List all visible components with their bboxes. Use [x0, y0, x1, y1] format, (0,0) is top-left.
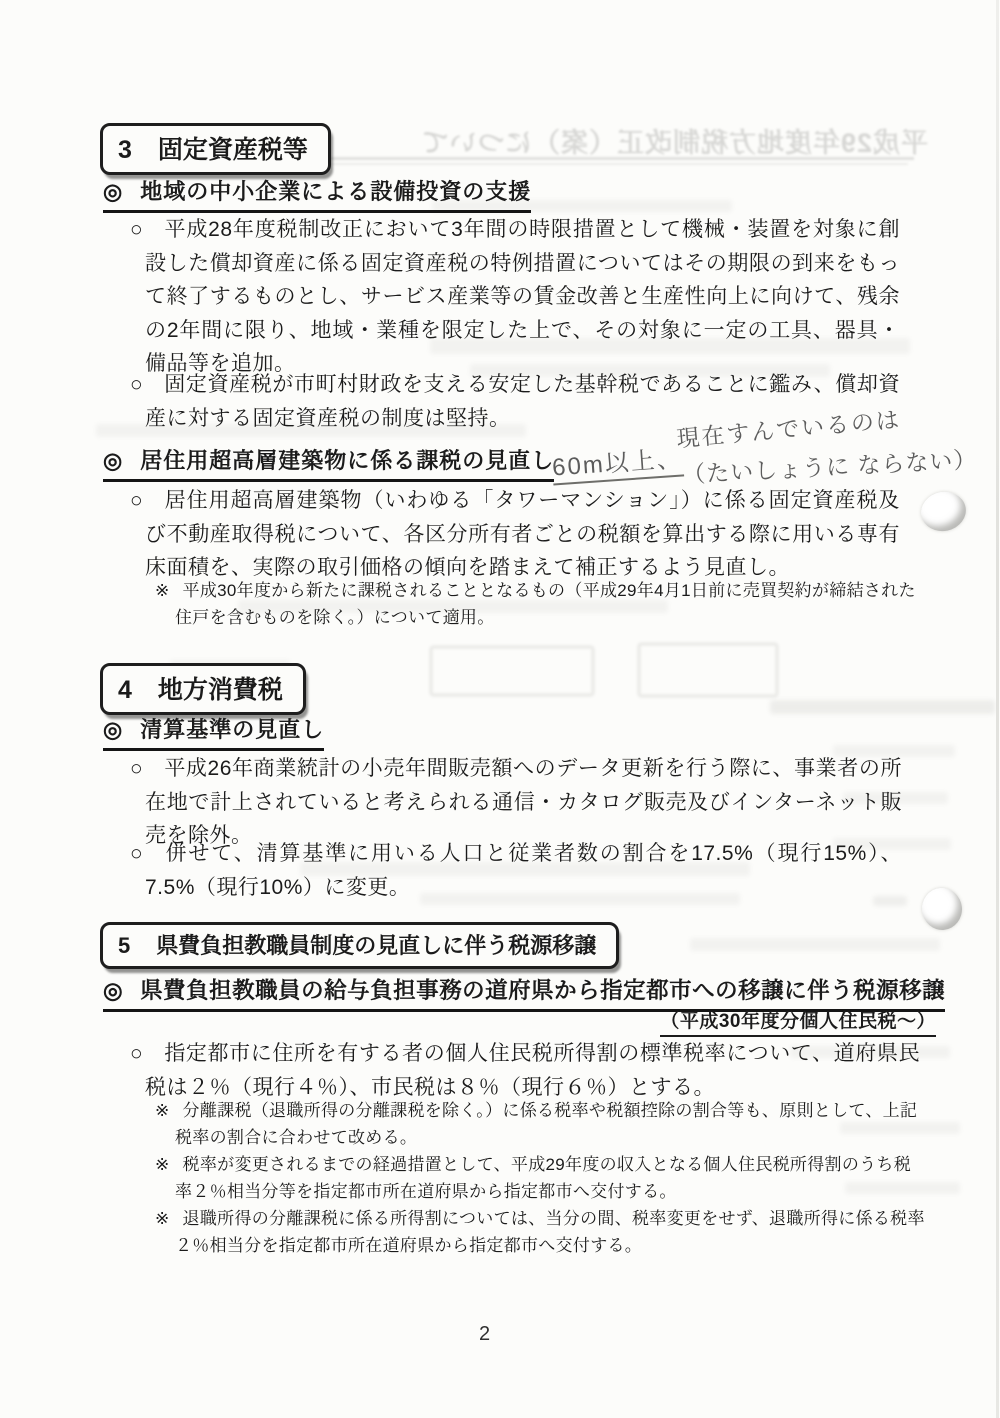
- item-text: 指定都市に住所を有する者の個人住民税所得割の標準税率について、道府県民税は２％（…: [145, 1042, 920, 1099]
- subsection-heading-text: 県費負担教職員の給与負担事務の道府県から指定都市への移譲に伴う税源移譲: [140, 978, 945, 1003]
- section-title: 固定資産税等: [158, 136, 308, 164]
- note: ※平成30年度から新たに課税されることとなるもの（平成29年4月1日前に売買契約…: [155, 577, 927, 631]
- item-marker: ○: [130, 373, 143, 396]
- note-text: 税率が変更されるまでの経過措置として、平成29年度の収入となる個人住民税所得割の…: [175, 1155, 911, 1201]
- section-number: 5: [118, 933, 130, 958]
- scan-smear: [873, 896, 907, 906]
- section-title: 県費負担教職員制度の見直しに伴う税源移譲: [156, 933, 596, 958]
- item-marker: ○: [130, 218, 144, 241]
- double-circle-marker: ◎: [103, 717, 123, 742]
- section-number: 3: [118, 136, 132, 164]
- subsection-heading-text: 清算基準の見直し: [140, 717, 324, 742]
- subsection-heading: ◎清算基準の見直し: [103, 713, 324, 751]
- handwritten-annotation: 60m以上、: [551, 438, 684, 485]
- bullet-item: ○併せて、清算基準に用いる人口と従業者数の割合を17.5%（現行15%）、7.5…: [130, 837, 902, 904]
- applies-from-label: （平成30年度分個人住民税～）: [660, 1006, 936, 1037]
- note-text: 平成30年度から新たに課税されることとなるもの（平成29年4月1日前に売買契約が…: [175, 581, 916, 627]
- item-marker: ○: [130, 1042, 143, 1065]
- item-marker: ○: [130, 757, 143, 780]
- item-text: 平成26年商業統計の小売年間販売額へのデータ更新を行う際に、事業者の所在地で計上…: [145, 757, 902, 847]
- double-circle-marker: ◎: [103, 448, 123, 473]
- bleedthrough-rule: [300, 157, 914, 160]
- subsection-heading: ◎居住用超高層建築物に係る課税の見直し: [103, 444, 554, 482]
- punch-hole: [917, 488, 969, 536]
- note: ※税率が変更されるまでの経過措置として、平成29年度の収入となる個人住民税所得割…: [155, 1151, 927, 1205]
- bleedthrough-smudge: [690, 938, 940, 951]
- subsection-heading-text: 居住用超高層建築物に係る課税の見直し: [140, 448, 554, 473]
- bleedthrough-table-box: [638, 643, 778, 697]
- note: ※退職所得の分離課税に係る所得割については、当分の間、税率変更をせず、退職所得に…: [155, 1205, 927, 1259]
- section-title: 地方消費税: [158, 676, 283, 704]
- item-marker: ○: [130, 489, 144, 512]
- note-text: 分離課税（退職所得の分離課税を除く。）に係る税率や税額控除の割合等も、原則として…: [175, 1101, 917, 1147]
- scan-smear: [770, 700, 995, 714]
- section-4-header-box: 4地方消費税: [100, 663, 306, 715]
- bullet-item: ○平成28年度税制改正において3年間の時限措置として機械・装置を対象に創設した償…: [130, 213, 900, 381]
- section-3-header-box: 3固定資産税等: [100, 123, 331, 175]
- item-text: 併せて、清算基準に用いる人口と従業者数の割合を17.5%（現行15%）、7.5%…: [145, 842, 902, 899]
- item-text: 居住用超高層建築物（いわゆる「タワーマンション」）に係る固定資産税及び不動産取得…: [145, 489, 900, 579]
- note: ※分離課税（退職所得の分離課税を除く。）に係る税率や税額控除の割合等も、原則とし…: [155, 1097, 927, 1151]
- scan-edge-line: [996, 0, 999, 1418]
- subsection-heading: ◎地域の中小企業による設備投資の支援: [103, 175, 531, 213]
- bullet-item: ○指定都市に住所を有する者の個人住民税所得割の標準税率について、道府県民税は２％…: [130, 1037, 920, 1104]
- section-5-header-box: 5県費負担教職員制度の見直しに伴う税源移譲: [100, 922, 619, 969]
- scanned-document-page: 平成29年度地方税制改正（案）について 3固定資産税等 ◎地域の中小企業による設…: [0, 0, 1000, 1418]
- note-text: 退職所得の分離課税に係る所得割については、当分の間、税率変更をせず、退職所得に係…: [175, 1209, 925, 1255]
- note-marker: ※: [155, 1101, 170, 1120]
- section-number: 4: [118, 676, 132, 704]
- note-marker: ※: [155, 1209, 170, 1228]
- bullet-item: ○居住用超高層建築物（いわゆる「タワーマンション」）に係る固定資産税及び不動産取…: [130, 484, 900, 585]
- bleedthrough-table-box: [430, 646, 594, 696]
- bleedthrough-rule: [312, 163, 908, 165]
- bleedthrough-title: 平成29年度地方税制改正（案）について: [368, 121, 928, 160]
- punch-hole: [920, 886, 964, 932]
- item-text: 平成28年度税制改正において3年間の時限措置として機械・装置を対象に創設した償却…: [145, 218, 900, 375]
- item-marker: ○: [130, 842, 145, 865]
- note-marker: ※: [155, 581, 170, 600]
- notes-group: ※分離課税（退職所得の分離課税を除く。）に係る税率や税額控除の割合等も、原則とし…: [155, 1097, 927, 1259]
- double-circle-marker: ◎: [103, 978, 123, 1003]
- subsection-heading-text: 地域の中小企業による設備投資の支援: [140, 179, 531, 204]
- note-marker: ※: [155, 1155, 170, 1174]
- double-circle-marker: ◎: [103, 179, 123, 204]
- page-number: 2: [479, 1323, 490, 1346]
